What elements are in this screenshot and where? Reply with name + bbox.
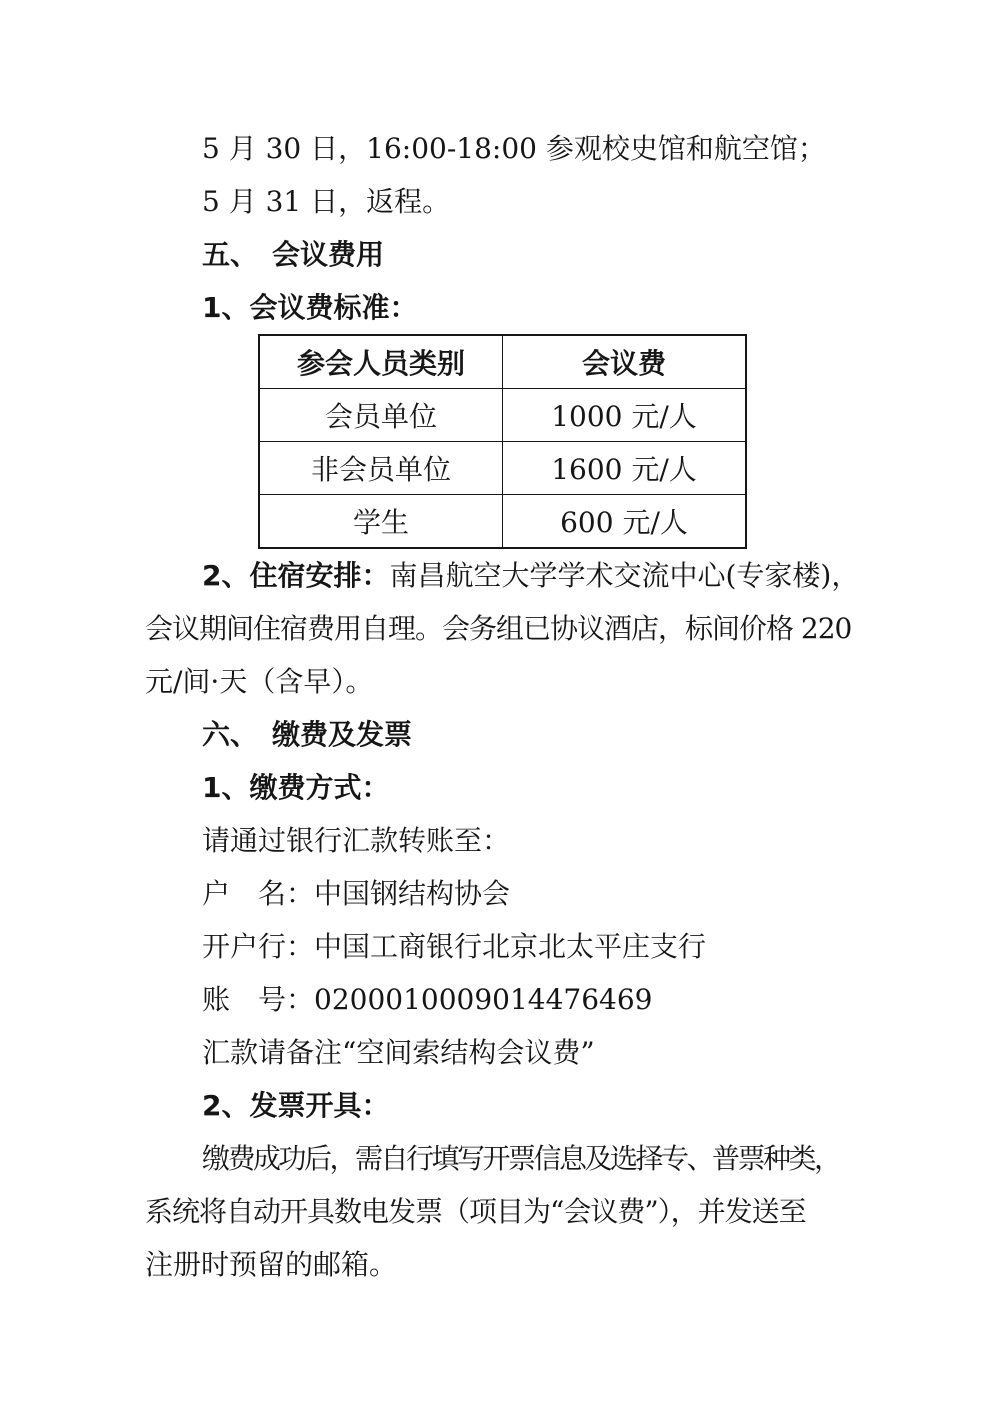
fee-table-header-category: 参会人员类别 — [259, 335, 503, 389]
document-page: 5 月 30 日，16:00-18:00 参观校史馆和航空馆； 5 月 31 日… — [0, 0, 1000, 1291]
lodging-text: 南昌航空大学学术交流中心(专家楼)， — [389, 559, 859, 592]
bank-branch-line: 开户行：中国工商银行北京北太平庄支行 — [145, 920, 855, 973]
payment-method-heading: 1、缴费方式： — [145, 761, 855, 814]
table-row: 学生 600 元/人 — [259, 495, 746, 549]
transfer-intro-line: 请通过银行汇款转账至： — [145, 814, 855, 867]
lodging-line-2: 会议期间住宿费用自理。会务组已协议酒店，标间价格 220 — [145, 602, 855, 655]
lodging-label: 2、住宿安排： — [202, 559, 389, 592]
table-row: 非会员单位 1600 元/人 — [259, 442, 746, 495]
fee-table-header-row: 参会人员类别 会议费 — [259, 335, 746, 389]
schedule-line-may30: 5 月 30 日，16:00-18:00 参观校史馆和航空馆； — [145, 122, 855, 175]
section-5-heading: 五、 会议费用 — [145, 228, 855, 281]
fee-cell-category: 非会员单位 — [259, 442, 503, 495]
lodging-line-3: 元/间·天（含早）。 — [145, 655, 855, 708]
account-number-line: 账 号：0200010009014476469 — [145, 973, 855, 1026]
invoice-heading: 2、发票开具： — [145, 1079, 855, 1132]
table-row: 会员单位 1000 元/人 — [259, 389, 746, 442]
account-name-line: 户 名：中国钢结构协会 — [145, 867, 855, 920]
fee-cell-fee: 1000 元/人 — [503, 389, 747, 442]
remark-line: 汇款请备注“空间索结构会议费” — [145, 1026, 855, 1079]
invoice-line-3: 注册时预留的邮箱。 — [145, 1238, 855, 1291]
invoice-line-2: 系统将自动开具数电发票（项目为“会议费”），并发送至 — [145, 1185, 855, 1238]
fee-cell-fee: 1600 元/人 — [503, 442, 747, 495]
fee-cell-fee: 600 元/人 — [503, 495, 747, 549]
fee-table: 参会人员类别 会议费 会员单位 1000 元/人 非会员单位 1600 元/人 … — [258, 334, 747, 549]
fee-cell-category: 会员单位 — [259, 389, 503, 442]
fee-standard-heading: 1、会议费标准： — [145, 281, 855, 334]
invoice-line-1: 缴费成功后，需自行填写开票信息及选择专、普票种类， — [145, 1132, 855, 1185]
lodging-line-1: 2、住宿安排：南昌航空大学学术交流中心(专家楼)， — [145, 549, 855, 602]
schedule-line-may31: 5 月 31 日，返程。 — [145, 175, 855, 228]
fee-table-header-fee: 会议费 — [503, 335, 747, 389]
section-6-heading: 六、 缴费及发票 — [145, 708, 855, 761]
fee-cell-category: 学生 — [259, 495, 503, 549]
